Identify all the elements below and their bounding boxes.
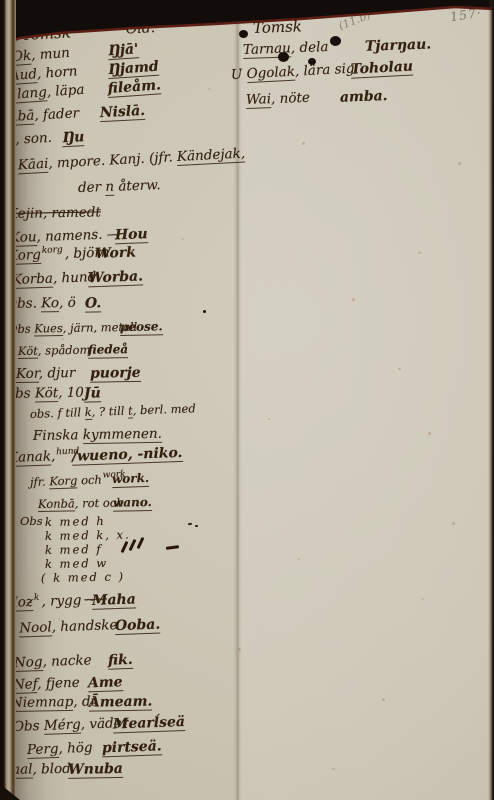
moz-entry: Moƶk, rygg~~Maha <box>4 592 111 611</box>
note-text: obs. f till <box>30 405 85 421</box>
entry-translation: amba. <box>340 88 388 106</box>
foxing-spot <box>182 238 184 240</box>
entry-gloss: , nöte <box>271 90 310 107</box>
struck-entry: Kejin, ramedt <box>8 205 101 222</box>
note-text: återw. <box>114 177 161 195</box>
entry-translation: Jū <box>84 385 101 402</box>
entry-line: Korba, hundWorba. <box>12 270 97 288</box>
entry-line: Korgkorg, björnWork <box>8 245 110 264</box>
note-word: Korg <box>49 473 78 489</box>
entry-headword: Ogolak <box>246 64 295 84</box>
entry-translation: pirtseä. <box>102 738 162 757</box>
entry-headword: Köt <box>35 385 59 402</box>
kaai-note-line2: der n återw. <box>78 178 161 196</box>
entry-gloss: , spådom <box>38 343 91 358</box>
entry-translation: Nislā. <box>99 103 145 122</box>
foxing-spot <box>418 252 421 254</box>
entry-translation: Ooba. <box>115 617 161 636</box>
page-crease <box>233 24 242 800</box>
photo-right-edge <box>488 0 494 800</box>
entry-translation: Mearĺseä <box>113 714 186 734</box>
entry-headword: Niemnap <box>11 694 74 712</box>
entry-gloss: , horn <box>36 63 78 82</box>
entry-line: Niemnap, diĀmeam. <box>11 695 95 712</box>
entry-line: Obs. Ko, öO. <box>6 296 76 313</box>
entry-translation: wano. <box>113 496 152 511</box>
entry-gloss: , lära sig <box>295 61 355 80</box>
entry-line: Nef, fjeneAme <box>13 676 80 694</box>
ink-blot <box>278 52 289 62</box>
entry-translation: Worba. <box>88 268 144 287</box>
entry-headword: Köt <box>18 344 38 359</box>
note-text: jfr. <box>30 474 50 489</box>
entry-line: Köt, spådomfiedeå <box>18 344 91 358</box>
note-translation: work. <box>112 472 150 488</box>
entry-translation: Wnuba <box>68 761 123 779</box>
entry-gloss: , 10 <box>58 385 84 401</box>
foxing-spot <box>428 432 431 435</box>
entry-gloss: , djur <box>39 365 76 382</box>
photo-top-edge <box>0 0 494 52</box>
entry-headword: Nool <box>19 619 52 637</box>
kanak-entry: Kanak,hund/wueno, -niko. <box>8 448 82 466</box>
entry-translation: Hou <box>115 226 148 244</box>
foxing-spot <box>352 298 355 301</box>
interlinear-note: k <box>34 593 40 603</box>
entry-line: Wai, nöteamba. <box>246 91 310 109</box>
jfr-note: jfr. Korg ochworkwork. <box>30 473 128 490</box>
entry-prefix: Obs <box>13 718 44 735</box>
foxing-spot <box>208 88 210 90</box>
foxing-spot <box>398 368 401 370</box>
entry-line: I, son.Ŋu <box>10 131 53 149</box>
note-text: , ? till <box>91 404 128 419</box>
entry-gloss: , ö <box>59 295 76 311</box>
entry-gloss: , fjene <box>37 675 80 692</box>
entry-headword: Nog <box>14 654 43 672</box>
konba-entry: Konbā, rot ochwano. <box>38 497 124 512</box>
note-word: Kändejak, <box>177 145 246 166</box>
page-right-tint <box>240 0 491 800</box>
obs-label: Obs <box>20 515 43 528</box>
entry-gloss: , rygg <box>41 592 81 609</box>
entry-gloss: , handske <box>51 617 117 635</box>
entry-headword: Kues <box>34 321 63 336</box>
note-word: kymmenen. <box>83 426 162 444</box>
entry-gloss: , namens. — <box>36 226 120 245</box>
foxing-spot <box>302 142 305 145</box>
entry-translation: fik. <box>108 652 133 670</box>
entry-line: Nog, nackefik. <box>14 653 92 671</box>
entry-translation: Maha <box>92 591 136 610</box>
photo-left-edge <box>0 0 16 800</box>
foxing-spot <box>452 522 455 525</box>
entry-line: Kor, djurpuorje <box>16 366 76 383</box>
foxing-spot <box>382 698 385 701</box>
entry-translation: Work <box>95 245 137 263</box>
entry-translation: fiedeå <box>88 343 128 358</box>
pen-stroke <box>195 525 198 527</box>
entry-headword: Ko <box>41 295 59 312</box>
foxing-spot <box>298 558 300 560</box>
manuscript-photo: 157· (11.b) Tomsk Old. Ok, munŊjā' Aud, … <box>0 0 494 800</box>
interlinear-note: korg <box>42 245 63 256</box>
note-word: Kāai <box>17 156 48 175</box>
foxing-spot <box>332 768 335 770</box>
ink-blot <box>203 310 206 313</box>
foxing-spot <box>458 162 461 165</box>
entry-gloss: , läpa <box>46 82 85 101</box>
note-text: , berl. med <box>132 401 195 417</box>
entry-translation: puorje <box>90 365 141 383</box>
entry-translation: Ŋu <box>62 129 85 147</box>
note-text: och <box>77 472 102 487</box>
entry-headword: Perg <box>27 741 59 759</box>
foxing-spot <box>268 418 270 420</box>
photo-bottom-left-corner <box>0 784 20 800</box>
entry-translation: O. <box>85 295 102 312</box>
entry-line: Obs Kues, järn, metallpeose. <box>8 321 138 336</box>
foxing-spot <box>422 598 424 600</box>
entry-headword: Korba <box>12 271 54 289</box>
entry-translation: Āmeam. <box>89 694 153 712</box>
entry-translation: Ŋjamd <box>107 59 159 80</box>
entry-translation: peose. <box>120 320 163 336</box>
entry-gloss: , fader <box>34 105 79 123</box>
obs-row: k med k, x. <box>45 529 131 544</box>
entry-gloss: , son. <box>15 130 52 148</box>
entry-translation: Toholau <box>350 58 413 78</box>
finska-note: Finska kymmenen. <box>33 427 162 445</box>
note-text: Finska <box>33 427 83 444</box>
entry-gloss: , nacke <box>42 652 92 670</box>
entry-prefix: U <box>231 66 247 83</box>
entry-line: Perg, högpirtseä. <box>27 741 93 759</box>
obs-row: k med f <box>45 543 103 557</box>
entry-headword: Mérg <box>44 717 81 735</box>
entry-headword: Nef <box>13 676 38 694</box>
entry-gloss: , hög <box>58 740 93 757</box>
entry-headword: Konbā <box>38 496 75 512</box>
entry-translation: Ame <box>88 674 123 692</box>
entry-headword: Wai <box>246 91 272 109</box>
obs-row: k med h <box>45 515 106 529</box>
foxing-spot <box>238 648 241 651</box>
obs-row: ( k med c ) <box>41 571 125 586</box>
ink-blot <box>308 58 316 65</box>
foxing-spot <box>62 338 64 340</box>
note-text: der <box>78 179 106 196</box>
entry-headword: Kor <box>16 366 39 383</box>
